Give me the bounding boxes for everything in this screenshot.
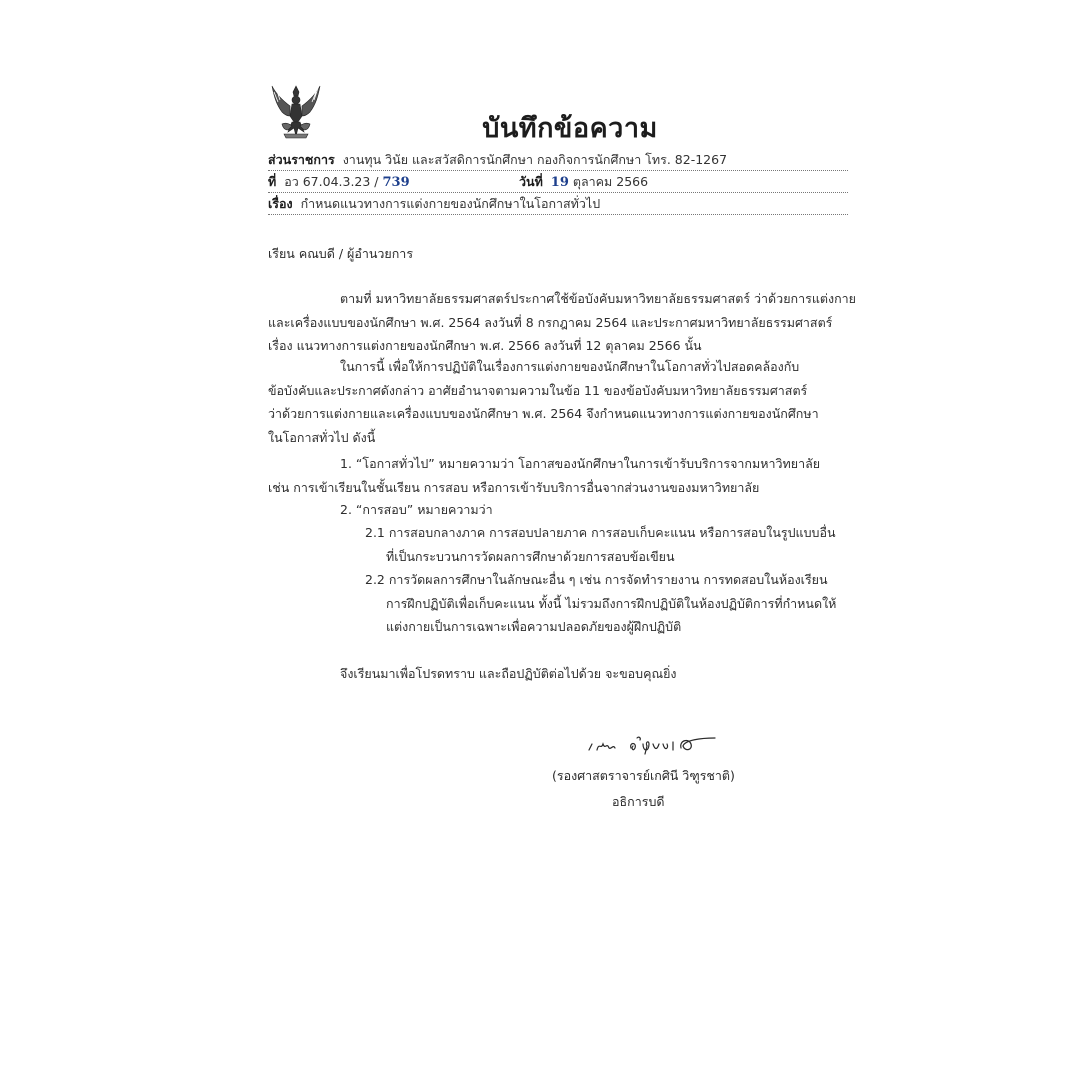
definition-item-1: 1. “โอกาสทั่วไป” หมายความว่า โอกาสของนัก…	[268, 452, 820, 499]
sub-item-line: การฝึกปฏิบัติเพื่อเก็บคะแนน ทั้งนี้ ไม่ร…	[268, 592, 836, 616]
date-day-handwritten: 19	[551, 175, 569, 190]
paragraph-line: และเครื่องแบบของนักศึกษา พ.ศ. 2564 ลงวัน…	[268, 311, 856, 335]
paragraph-background: ตามที่ มหาวิทยาลัยธรรมศาสตร์ประกาศใช้ข้อ…	[268, 287, 856, 358]
sub-item-line: 2.1 การสอบกลางภาค การสอบปลายภาค การสอบเก…	[268, 521, 836, 545]
definition-item-2: 2. “การสอบ” หมายความว่า	[268, 498, 493, 522]
sub-item-2-1: 2.1 การสอบกลางภาค การสอบปลายภาค การสอบเก…	[268, 521, 836, 568]
paragraph-line: ในการนี้ เพื่อให้การปฏิบัติในเรื่องการแต…	[268, 355, 819, 379]
subject-field: เรื่อง กำหนดแนวทางการแต่งกายของนักศึกษาใ…	[268, 194, 848, 215]
memo-page: บันทึกข้อความ ส่วนราชการ งานทุน วินัย แล…	[0, 0, 1080, 1080]
sub-item-2-2: 2.2 การวัดผลการศึกษาในลักษณะอื่น ๆ เช่น …	[268, 568, 836, 639]
date-field: วันที่ 19 ตุลาคม 2566	[519, 172, 648, 192]
paragraph-line: ในโอกาสทั่วไป ดังนี้	[268, 426, 819, 450]
reference-prefix: อว 67.04.3.23 /	[284, 174, 378, 189]
handwritten-signature-icon	[585, 730, 725, 760]
reference-field: ที่ อว 67.04.3.23 / 739 วันที่ 19 ตุลาคม…	[268, 172, 848, 193]
sub-item-line: แต่งกายเป็นการเฉพาะเพื่อความปลอดภัยของผู…	[268, 615, 836, 639]
date-label: วันที่	[519, 174, 543, 189]
closing-statement: จึงเรียนมาเพื่อโปรดทราบ และถือปฏิบัติต่อ…	[268, 662, 677, 686]
sub-item-line: ที่เป็นกระบวนการวัดผลการศึกษาด้วยการสอบข…	[268, 545, 836, 569]
definition-line: 2. “การสอบ” หมายความว่า	[268, 498, 493, 522]
agency-value: งานทุน วินัย และสวัสดิการนักศึกษา กองกิจ…	[343, 152, 727, 167]
salutation: เรียน คณบดี / ผู้อำนวยการ	[268, 244, 413, 264]
document-title: บันทึกข้อความ	[440, 106, 700, 149]
paragraph-line: ข้อบังคับและประกาศดังกล่าว อาศัยอำนาจตาม…	[268, 379, 819, 403]
reference-number-handwritten: 739	[383, 175, 410, 190]
paragraph-line: เรื่อง แนวทางการแต่งกายของนักศึกษา พ.ศ. …	[268, 334, 856, 358]
definition-line: เช่น การเข้าเรียนในชั้นเรียน การสอบ หรือ…	[268, 476, 820, 500]
paragraph-directive: ในการนี้ เพื่อให้การปฏิบัติในเรื่องการแต…	[268, 355, 819, 449]
date-month-year: ตุลาคม 2566	[573, 174, 648, 189]
definition-line: 1. “โอกาสทั่วไป” หมายความว่า โอกาสของนัก…	[268, 452, 820, 476]
paragraph-line: ตามที่ มหาวิทยาลัยธรรมศาสตร์ประกาศใช้ข้อ…	[268, 287, 856, 311]
closing-line: จึงเรียนมาเพื่อโปรดทราบ และถือปฏิบัติต่อ…	[268, 662, 677, 686]
subject-value: กำหนดแนวทางการแต่งกายของนักศึกษาในโอกาสท…	[301, 196, 601, 211]
sub-item-line: 2.2 การวัดผลการศึกษาในลักษณะอื่น ๆ เช่น …	[268, 568, 836, 592]
garuda-emblem-icon	[268, 82, 324, 140]
agency-field: ส่วนราชการ งานทุน วินัย และสวัสดิการนักศ…	[268, 150, 848, 171]
subject-label: เรื่อง	[268, 196, 293, 211]
signer-position: อธิการบดี	[612, 792, 665, 812]
paragraph-line: ว่าด้วยการแต่งกายและเครื่องแบบของนักศึกษ…	[268, 402, 819, 426]
agency-label: ส่วนราชการ	[268, 152, 335, 167]
reference-label: ที่	[268, 174, 276, 189]
signer-name: (รองศาสตราจารย์เกศินี วิฑูรชาติ)	[552, 766, 735, 786]
